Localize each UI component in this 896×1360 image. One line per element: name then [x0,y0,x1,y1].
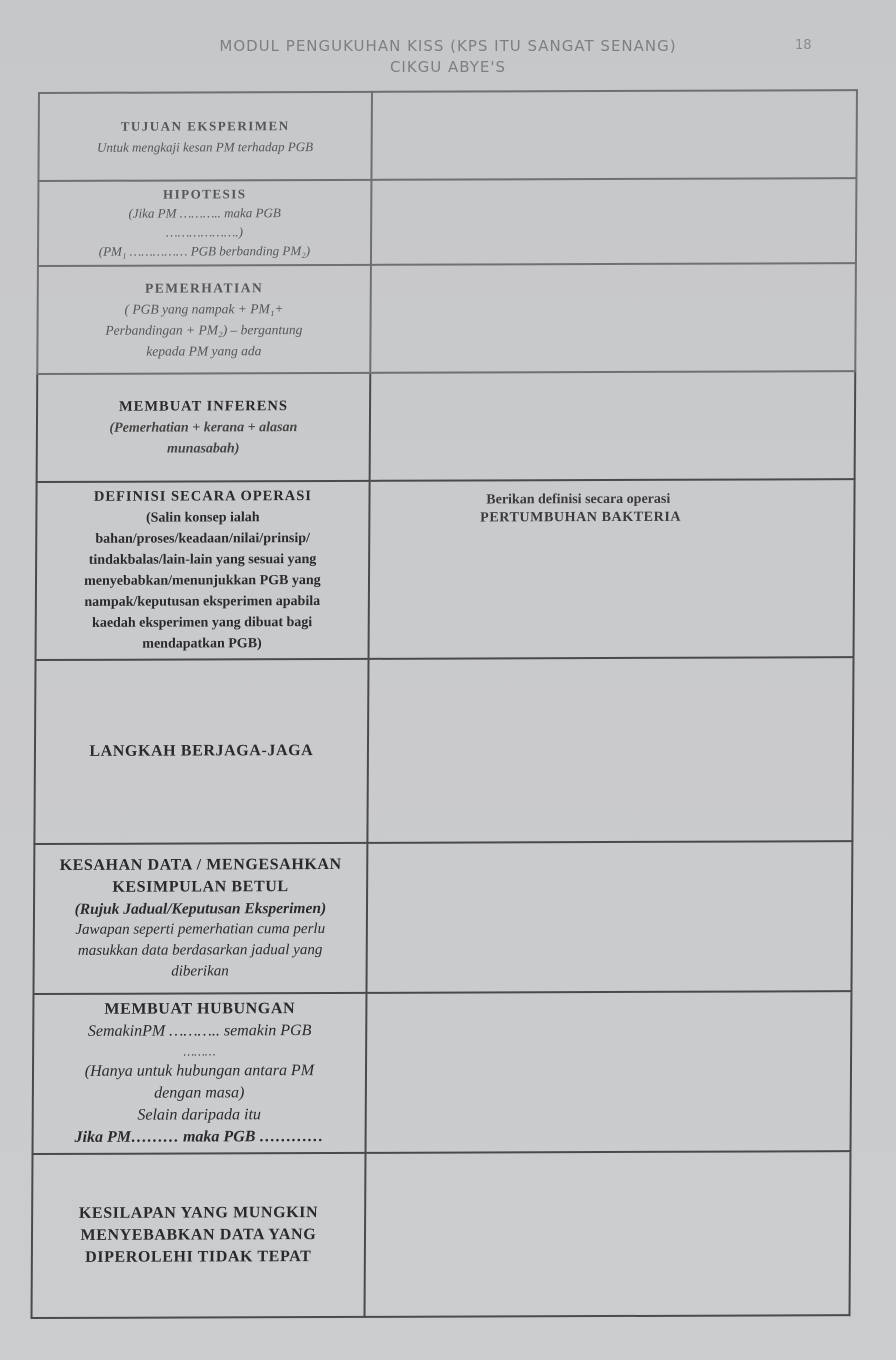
table-row-pemerhatian: PEMERHATIAN ( PGB yang nampak + PM₁+ Per… [37,263,856,374]
answer-prompt: Berikan definisi secara operasi [376,490,847,510]
label-cell: KESAHAN DATA / MENGESAHKAN KESIMPULAN BE… [33,843,367,994]
row-hint: (Jika PM ……….. maka PGB [45,203,364,223]
row-hint: SemakinPM ……….. semakin PGB [40,1020,359,1043]
row-hint: nampak/keputusan eksperimen apabila [43,591,362,613]
row-hint: masukkan data berdasarkan jadual yang [41,940,360,962]
table-row-hipotesis: HIPOTESIS (Jika PM ……….. maka PGB ………………… [38,178,857,266]
table-row-definisi: DEFINISI SECARA OPERASI (Salin konsep ia… [36,479,855,660]
row-hint: ……………….) [45,222,364,242]
row-hint: (Salin konsep ialah [43,507,362,529]
row-hint: kaedah eksperimen yang dibuat bagi [43,612,362,634]
table-row-kesahan: KESAHAN DATA / MENGESAHKAN KESIMPULAN BE… [33,841,852,994]
label-cell: DEFINISI SECARA OPERASI (Salin konsep ia… [36,481,370,660]
author-subtitle: CIKGU ABYE'S [0,56,896,78]
answer-cell-hipotesis[interactable] [371,178,857,265]
row-heading: KESAHAN DATA / MENGESAHKAN [41,854,360,877]
table-row-tujuan: TUJUAN EKSPERIMEN Untuk mengkaji kesan P… [38,90,857,181]
answer-cell-kesahan[interactable] [366,841,852,993]
label-cell: TUJUAN EKSPERIMEN Untuk mengkaji kesan P… [38,92,371,181]
row-hint: (Hanya untuk hubungan antara PM [40,1060,359,1083]
answer-cell-hubungan[interactable] [365,991,851,1153]
label-cell: LANGKAH BERJAGA-JAGA [34,659,368,844]
row-hint: Jawapan seperti pemerhatian cuma perlu [41,919,360,941]
row-hint: (PM₁ …………… PGB berbanding PM₂) [45,241,364,261]
module-title: MODUL PENGUKUHAN KISS (KPS ITU SANGAT SE… [0,36,896,56]
label-cell: MEMBUAT INFERENS (Pemerhatian + kerana +… [37,373,370,482]
row-heading: TUJUAN EKSPERIMEN [46,115,365,137]
table-row-kesilapan: KESILAPAN YANG MUNGKIN MENYEBABKAN DATA … [32,1151,851,1318]
answer-cell-inferens[interactable] [369,371,855,481]
document-header: MODUL PENGUKUHAN KISS (KPS ITU SANGAT SE… [0,36,896,78]
answer-cell-pemerhatian[interactable] [370,263,856,373]
row-hint: dengan masa) [40,1082,359,1105]
page-number: 18 [795,38,812,53]
row-hint: (Pemerhatian + kerana + alasan [44,416,363,438]
row-heading: LANGKAH BERJAGA-JAGA [42,740,361,763]
row-heading: KESIMPULAN BETUL [41,876,360,899]
table-row-langkah: LANGKAH BERJAGA-JAGA [34,657,853,844]
row-hint: bahan/proses/keadaan/nilai/prinsip/ [43,528,362,550]
row-hint: menyebabkan/menunjukkan PGB yang [43,570,362,592]
answer-cell-definisi[interactable]: Berikan definisi secara operasi PERTUMBU… [368,479,854,659]
row-hint: Selain daripada itu [40,1104,359,1127]
row-hint: ( PGB yang nampak + PM₁+ [45,298,364,320]
answer-prompt-topic: PERTUMBUHAN BAKTERIA [376,508,847,528]
row-heading: HIPOTESIS [45,185,364,204]
label-cell: KESILAPAN YANG MUNGKIN MENYEBABKAN DATA … [32,1153,366,1318]
answer-cell-kesilapan[interactable] [364,1151,850,1317]
row-hint: munasabah) [44,437,363,459]
row-heading: KESILAPAN YANG MUNGKIN [39,1202,358,1225]
row-hint: ……… [40,1042,359,1061]
row-heading: DIPEROLEHI TIDAK TEPAT [39,1246,358,1269]
row-hint: diberikan [41,961,360,983]
row-hint: Perbandingan + PM₂) – bergantung [44,319,363,341]
table-row-hubungan: MEMBUAT HUBUNGAN SemakinPM ……….. semakin… [33,991,852,1154]
label-cell: HIPOTESIS (Jika PM ……….. maka PGB ………………… [38,180,371,266]
row-hint: mendapatkan PGB) [43,633,362,655]
row-hint: (Rujuk Jadual/Keputusan Eksperimen) [41,898,360,920]
row-hint: kepada PM yang ada [44,340,363,362]
answer-cell-langkah[interactable] [367,657,853,843]
row-heading: PEMERHATIAN [45,277,364,299]
experiment-form-table: TUJUAN EKSPERIMEN Untuk mengkaji kesan P… [31,89,858,1319]
row-heading: MENYEBABKAN DATA YANG [39,1224,358,1247]
row-hint: Jika PM……… maka PGB ………… [40,1126,359,1149]
row-hint: Untuk mengkaji kesan PM terhadap PGB [46,136,365,158]
worksheet: TUJUAN EKSPERIMEN Untuk mengkaji kesan P… [31,89,838,1319]
row-heading: MEMBUAT INFERENS [44,395,363,417]
answer-cell-tujuan[interactable] [371,90,857,180]
row-heading: DEFINISI SECARA OPERASI [43,486,362,508]
table-row-inferens: MEMBUAT INFERENS (Pemerhatian + kerana +… [37,371,856,482]
row-hint: tindakbalas/lain-lain yang sesuai yang [43,549,362,571]
row-heading: MEMBUAT HUBUNGAN [40,998,359,1021]
label-cell: PEMERHATIAN ( PGB yang nampak + PM₁+ Per… [37,265,370,374]
label-cell: MEMBUAT HUBUNGAN SemakinPM ……….. semakin… [33,993,367,1154]
